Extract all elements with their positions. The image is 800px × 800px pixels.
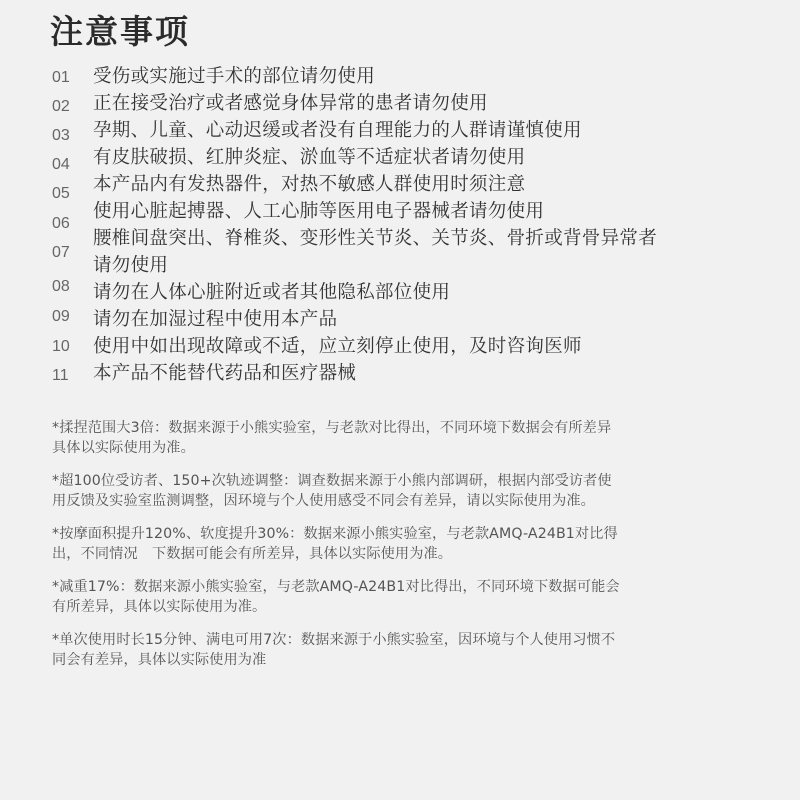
footnote-line: *单次使用时长15分钟、满电可用7次：数据来源于小熊实验室，因环境与个人使用习惯… (52, 630, 742, 650)
item-text: 正在接受治疗或者感觉身体异常的患者请勿使用 (93, 90, 488, 117)
item-text: 本产品不能替代药品和医疗器械 (93, 360, 356, 387)
item-number: 05 (52, 184, 70, 204)
item-text-continued: 请勿使用 (93, 252, 168, 279)
footnote-line: 出，不同情况 下数据可能会有所差异，具体以实际使用为准。 (52, 544, 742, 564)
item-number: 01 (52, 68, 70, 88)
item-number: 02 (52, 97, 70, 117)
item-number: 09 (52, 307, 70, 327)
footnote: *减重17%：数据来源小熊实验室，与老款AMQ-A24B1对比得出，不同环境下数… (52, 577, 742, 617)
footnote: *揉捏范围大3倍：数据来源于小熊实验室，与老款对比得出，不同环境下数据会有所差异… (52, 418, 742, 458)
item-number: 08 (52, 277, 70, 297)
footnotes: *揉捏范围大3倍：数据来源于小熊实验室，与老款对比得出，不同环境下数据会有所差异… (52, 418, 742, 683)
footnote: *按摩面积提升120%、软度提升30%：数据来源小熊实验室，与老款AMQ-A24… (52, 524, 742, 564)
footnote-line: *揉捏范围大3倍：数据来源于小熊实验室，与老款对比得出，不同环境下数据会有所差异 (52, 418, 742, 438)
item-number: 10 (52, 337, 70, 357)
item-number: 11 (52, 366, 69, 386)
item-text: 有皮肤破损、红肿炎症、淤血等不适症状者请勿使用 (93, 144, 525, 171)
item-text: 使用中如出现故障或不适，应立刻停止使用，及时咨询医师 (93, 333, 582, 360)
footnote: *超100位受访者、150+次轨迹调整：调查数据来源于小熊内部调研，根据内部受访… (52, 471, 742, 511)
footnote-line: *减重17%：数据来源小熊实验室，与老款AMQ-A24B1对比得出，不同环境下数… (52, 577, 742, 597)
item-text: 请勿在人体心脏附近或者其他隐私部位使用 (93, 279, 450, 306)
footnote-line: 同会有差异，具体以实际使用为准 (52, 650, 742, 670)
item-text: 受伤或实施过手术的部位请勿使用 (93, 63, 375, 90)
item-number: 07 (52, 243, 70, 263)
item-text: 请勿在加湿过程中使用本产品 (93, 306, 337, 333)
footnote-line: 用反馈及实验室监测调整，因环境与个人使用感受不同会有差异，请以实际使用为准。 (52, 491, 742, 511)
footnote-line: 有所差异，具体以实际使用为准。 (52, 597, 742, 617)
item-number: 06 (52, 214, 70, 234)
footnote: *单次使用时长15分钟、满电可用7次：数据来源于小熊实验室，因环境与个人使用习惯… (52, 630, 742, 670)
item-text: 使用心脏起搏器、人工心肺等医用电子器械者请勿使用 (93, 198, 544, 225)
footnote-line: *超100位受访者、150+次轨迹调整：调查数据来源于小熊内部调研，根据内部受访… (52, 471, 742, 491)
item-text: 腰椎间盘突出、脊椎炎、变形性关节炎、关节炎、骨折或背骨异常者 (93, 225, 657, 252)
page-title: 注意事项 (50, 8, 190, 56)
footnote-line: 具体以实际使用为准。 (52, 438, 742, 458)
item-text: 孕期、儿童、心动迟缓或者没有自理能力的人群请谨慎使用 (93, 117, 582, 144)
item-number: 03 (52, 126, 70, 146)
footnote-line: *按摩面积提升120%、软度提升30%：数据来源小熊实验室，与老款AMQ-A24… (52, 524, 742, 544)
item-number: 04 (52, 155, 70, 175)
item-text: 本产品内有发热器件，对热不敏感人群使用时须注意 (93, 171, 525, 198)
